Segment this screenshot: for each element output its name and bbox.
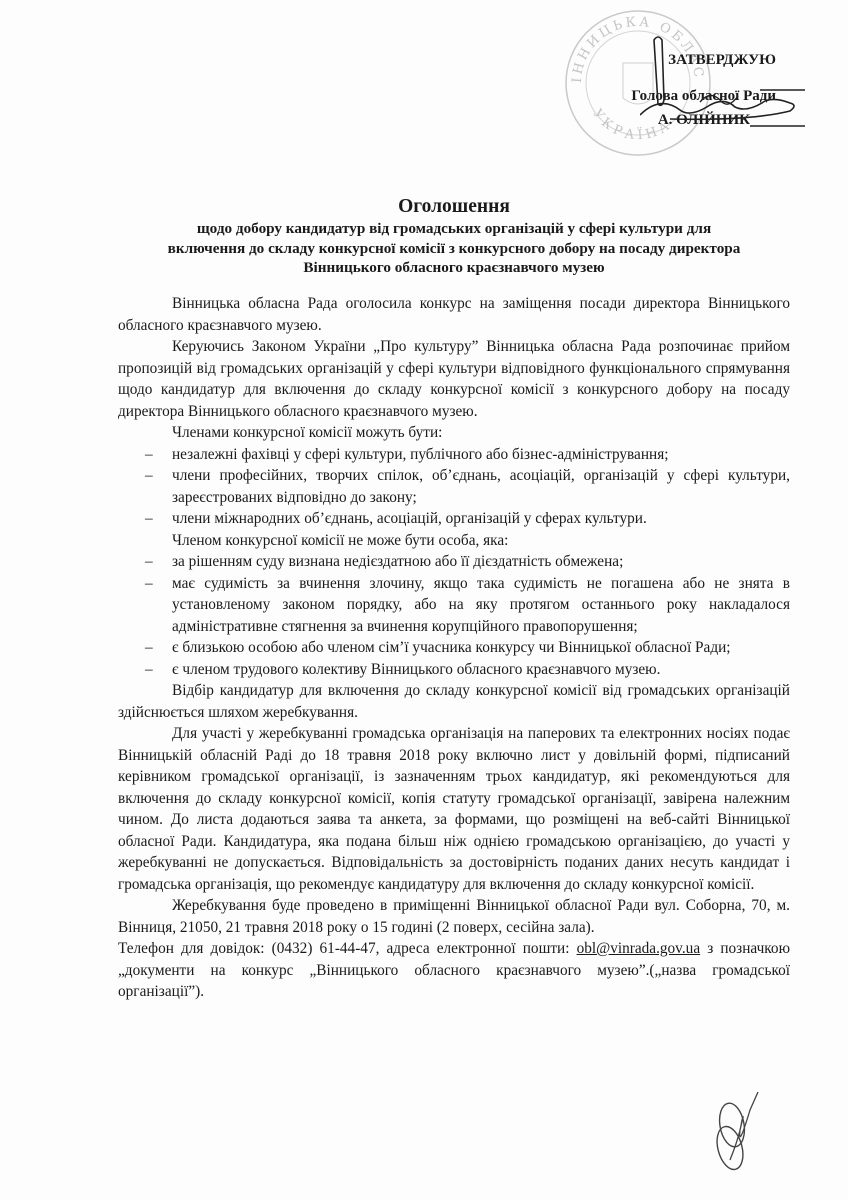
exclusions-list-item: –є членом трудового колективу Вінницьког… — [118, 659, 790, 681]
document-title: Оголошення — [118, 194, 790, 219]
dash-bullet-icon: – — [145, 573, 153, 595]
signature-icon — [640, 30, 810, 140]
members-intro: Членами конкурсної комісії можуть бути: — [118, 422, 790, 444]
document-subtitle-line-1: щодо добору кандидатур від громадських о… — [118, 219, 790, 239]
exclusions-list-item: –є близькою особою або членом сім’ї учас… — [118, 637, 790, 659]
paragraph-submission-requirements: Для участі у жеребкуванні громадська орг… — [118, 723, 790, 895]
paragraph-selection-method: Відбір кандидатур для включення до склад… — [118, 680, 790, 723]
paragraph-law-basis: Керуючись Законом України „Про культуру”… — [118, 336, 790, 422]
dash-bullet-icon: – — [145, 465, 153, 487]
paragraph-contest-announcement: Вінницька обласна Рада оголосила конкурс… — [118, 293, 790, 336]
members-list-item: –незалежні фахівці у сфері культури, пуб… — [118, 444, 790, 466]
exclusions-list-item: –за рішенням суду визнана недієздатною а… — [118, 551, 790, 573]
document-page: ІННИЦЬКА ОБЛАСНА УКРАЇНА ЗАТВЕРДЖУЮ Голо… — [0, 0, 848, 1200]
contact-email-link[interactable]: obl@vinrada.gov.ua — [577, 940, 701, 957]
dash-bullet-icon: – — [145, 637, 153, 659]
document-subtitle-line-3: Вінницького обласного краєзнавчого музею — [118, 258, 790, 278]
dash-bullet-icon: – — [145, 444, 153, 466]
document-subtitle-line-2: включення до складу конкурсної комісії з… — [118, 239, 790, 259]
exclusions-intro: Членом конкурсної комісії не може бути о… — [118, 530, 790, 552]
document-body: Вінницька обласна Рада оголосила конкурс… — [118, 293, 790, 1003]
dash-bullet-icon: – — [145, 659, 153, 681]
exclusions-list-item: –має судимість за вчинення злочину, якщо… — [118, 573, 790, 638]
dash-bullet-icon: – — [145, 508, 153, 530]
initials-signature-icon — [710, 1090, 770, 1180]
document-heading: Оголошення щодо добору кандидатур від гр… — [118, 194, 790, 278]
paragraph-lottery-location: Жеребкування буде проведено в приміщенні… — [118, 895, 790, 938]
paragraph-contacts: Телефон для довідок: (0432) 61-44-47, ад… — [118, 938, 790, 1003]
members-list-item: –члени міжнародних об’єднань, асоціацій,… — [118, 508, 790, 530]
dash-bullet-icon: – — [145, 551, 153, 573]
members-list-item: –члени професійних, творчих спілок, об’є… — [118, 465, 790, 508]
contact-phone-text: Телефон для довідок: (0432) 61-44-47, ад… — [118, 940, 577, 957]
